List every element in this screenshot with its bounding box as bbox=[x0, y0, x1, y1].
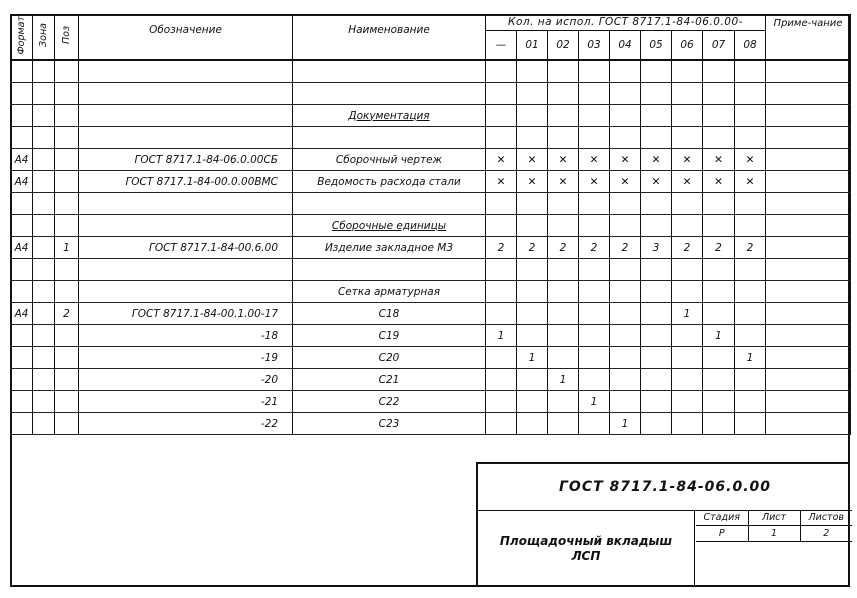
name-cell: Ведомость расхода стали bbox=[293, 171, 486, 193]
format-cell: А4 bbox=[11, 303, 33, 325]
zone-cell bbox=[33, 237, 55, 259]
specification-table: Формат Зона Поз Обозначение Наименование… bbox=[10, 14, 851, 435]
designation-cell: -21 bbox=[79, 391, 293, 413]
qty-cell: 1 bbox=[672, 303, 703, 325]
designation-cell: ГОСТ 8717.1-84-06.0.00СБ bbox=[79, 149, 293, 171]
qty-cell bbox=[486, 347, 517, 369]
designation-cell: -22 bbox=[79, 413, 293, 435]
qty-cell: 1 bbox=[579, 391, 610, 413]
cross-mark-icon: ✕ bbox=[610, 171, 641, 193]
note-cell bbox=[766, 215, 851, 237]
qty-cell bbox=[672, 325, 703, 347]
qty-cell bbox=[735, 105, 766, 127]
qty-cell bbox=[610, 105, 641, 127]
qty-cell bbox=[735, 215, 766, 237]
zone-cell bbox=[33, 215, 55, 237]
name-cell: С23 bbox=[293, 413, 486, 435]
qty-cell bbox=[517, 391, 548, 413]
qty-cell bbox=[703, 193, 735, 215]
name-cell: Сетка арматурная bbox=[293, 281, 486, 303]
col-header-qty-group: Кол. на испол. ГОСТ 8717.1-84-06.0.00- bbox=[486, 14, 766, 31]
cross-mark-icon: ✕ bbox=[672, 149, 703, 171]
qty-cell bbox=[548, 259, 579, 281]
col-header-variant: 02 bbox=[548, 31, 579, 61]
qty-cell bbox=[703, 105, 735, 127]
table-row: -21С221 bbox=[11, 391, 851, 413]
cross-mark-icon: ✕ bbox=[579, 149, 610, 171]
qty-cell bbox=[579, 215, 610, 237]
qty-cell bbox=[641, 369, 672, 391]
table-row: -19С2011 bbox=[11, 347, 851, 369]
zone-cell bbox=[33, 347, 55, 369]
qty-cell bbox=[579, 281, 610, 303]
qty-cell: 1 bbox=[486, 325, 517, 347]
note-cell bbox=[766, 259, 851, 281]
cross-mark-icon: ✕ bbox=[641, 171, 672, 193]
note-cell bbox=[766, 105, 851, 127]
zone-cell bbox=[33, 127, 55, 149]
zone-cell bbox=[33, 60, 55, 83]
cross-mark-icon: ✕ bbox=[703, 171, 735, 193]
zone-cell bbox=[33, 171, 55, 193]
cross-mark-icon: ✕ bbox=[735, 171, 766, 193]
qty-cell bbox=[517, 83, 548, 105]
table-row: Документация bbox=[11, 105, 851, 127]
qty-cell bbox=[548, 60, 579, 83]
format-cell bbox=[11, 215, 33, 237]
qty-cell bbox=[641, 303, 672, 325]
format-cell bbox=[11, 193, 33, 215]
qty-cell bbox=[517, 281, 548, 303]
cross-mark-icon: ✕ bbox=[610, 149, 641, 171]
col-header-variant: 04 bbox=[610, 31, 641, 61]
sheet-label: Лист bbox=[748, 510, 800, 526]
qty-cell bbox=[641, 127, 672, 149]
qty-cell bbox=[641, 259, 672, 281]
qty-cell bbox=[486, 281, 517, 303]
qty-cell bbox=[672, 193, 703, 215]
cross-mark-icon: ✕ bbox=[486, 149, 517, 171]
qty-cell bbox=[579, 105, 610, 127]
qty-cell bbox=[735, 281, 766, 303]
name-cell: Документация bbox=[293, 105, 486, 127]
format-cell bbox=[11, 325, 33, 347]
qty-cell bbox=[517, 60, 548, 83]
cross-mark-icon: ✕ bbox=[703, 149, 735, 171]
format-cell bbox=[11, 413, 33, 435]
format-cell bbox=[11, 60, 33, 83]
qty-cell bbox=[579, 369, 610, 391]
table-row: Сборочные единицы bbox=[11, 215, 851, 237]
qty-cell bbox=[735, 391, 766, 413]
qty-cell bbox=[610, 303, 641, 325]
qty-cell bbox=[486, 60, 517, 83]
qty-cell bbox=[735, 325, 766, 347]
qty-cell bbox=[641, 281, 672, 303]
qty-cell bbox=[517, 193, 548, 215]
format-cell bbox=[11, 105, 33, 127]
qty-cell bbox=[641, 105, 672, 127]
document-title: Площадочный вкладыш ЛСП bbox=[478, 510, 695, 587]
qty-cell bbox=[641, 193, 672, 215]
qty-cell bbox=[735, 127, 766, 149]
title-block: ГОСТ 8717.1-84-06.0.00 Площадочный вклад… bbox=[476, 462, 850, 587]
pos-cell bbox=[55, 325, 79, 347]
qty-cell bbox=[579, 193, 610, 215]
qty-cell bbox=[735, 193, 766, 215]
qty-cell: 2 bbox=[579, 237, 610, 259]
qty-cell bbox=[610, 215, 641, 237]
format-cell: А4 bbox=[11, 171, 33, 193]
qty-cell bbox=[672, 105, 703, 127]
pos-cell bbox=[55, 369, 79, 391]
qty-cell: 1 bbox=[703, 325, 735, 347]
qty-cell bbox=[672, 347, 703, 369]
qty-cell bbox=[672, 83, 703, 105]
name-cell bbox=[293, 83, 486, 105]
col-header-note: Приме-чание bbox=[766, 14, 851, 60]
col-header-variant: 07 bbox=[703, 31, 735, 61]
col-header-variant: — bbox=[486, 31, 517, 61]
table-row bbox=[11, 193, 851, 215]
cross-mark-icon: ✕ bbox=[548, 171, 579, 193]
table-row: -20С211 bbox=[11, 369, 851, 391]
designation-cell bbox=[79, 193, 293, 215]
name-cell: Сборочный чертеж bbox=[293, 149, 486, 171]
table-row: А41ГОСТ 8717.1-84-00.6.00Изделие закладн… bbox=[11, 237, 851, 259]
format-cell bbox=[11, 83, 33, 105]
qty-cell bbox=[641, 413, 672, 435]
note-cell bbox=[766, 237, 851, 259]
pos-cell bbox=[55, 60, 79, 83]
note-cell bbox=[766, 149, 851, 171]
qty-cell bbox=[486, 105, 517, 127]
qty-cell: 2 bbox=[703, 237, 735, 259]
table-row bbox=[11, 60, 851, 83]
zone-cell bbox=[33, 281, 55, 303]
qty-cell bbox=[517, 215, 548, 237]
note-cell bbox=[766, 391, 851, 413]
name-cell: С18 bbox=[293, 303, 486, 325]
qty-cell bbox=[672, 413, 703, 435]
sheet-value: 1 bbox=[748, 526, 800, 542]
qty-cell bbox=[672, 281, 703, 303]
qty-cell bbox=[579, 83, 610, 105]
qty-cell bbox=[610, 127, 641, 149]
qty-cell bbox=[703, 369, 735, 391]
designation-cell: -18 bbox=[79, 325, 293, 347]
qty-cell bbox=[579, 347, 610, 369]
qty-cell bbox=[703, 281, 735, 303]
pos-cell bbox=[55, 413, 79, 435]
qty-cell bbox=[548, 127, 579, 149]
note-cell bbox=[766, 171, 851, 193]
zone-cell bbox=[33, 391, 55, 413]
qty-cell bbox=[610, 83, 641, 105]
qty-cell bbox=[672, 60, 703, 83]
qty-cell bbox=[486, 215, 517, 237]
table-row: -22С231 bbox=[11, 413, 851, 435]
qty-cell bbox=[672, 369, 703, 391]
pos-cell bbox=[55, 149, 79, 171]
qty-cell bbox=[486, 391, 517, 413]
qty-cell bbox=[703, 347, 735, 369]
designation-cell bbox=[79, 105, 293, 127]
qty-cell bbox=[517, 325, 548, 347]
format-cell bbox=[11, 369, 33, 391]
table-row bbox=[11, 127, 851, 149]
name-cell: Изделие закладное М3 bbox=[293, 237, 486, 259]
qty-cell bbox=[548, 193, 579, 215]
qty-cell bbox=[672, 215, 703, 237]
name-cell: Сборочные единицы bbox=[293, 215, 486, 237]
designation-cell bbox=[79, 127, 293, 149]
qty-cell bbox=[641, 83, 672, 105]
designation-cell bbox=[79, 60, 293, 83]
qty-cell bbox=[672, 259, 703, 281]
pos-cell bbox=[55, 83, 79, 105]
document-code: ГОСТ 8717.1-84-06.0.00 bbox=[478, 464, 852, 511]
pos-cell bbox=[55, 347, 79, 369]
format-cell bbox=[11, 281, 33, 303]
qty-cell bbox=[610, 347, 641, 369]
note-cell bbox=[766, 281, 851, 303]
qty-cell bbox=[486, 193, 517, 215]
qty-cell bbox=[610, 369, 641, 391]
name-cell bbox=[293, 259, 486, 281]
qty-cell bbox=[579, 60, 610, 83]
qty-cell: 1 bbox=[517, 347, 548, 369]
qty-cell bbox=[735, 60, 766, 83]
qty-cell: 2 bbox=[517, 237, 548, 259]
designation-cell: ГОСТ 8717.1-84-00.6.00 bbox=[79, 237, 293, 259]
col-header-pos: Поз bbox=[55, 14, 79, 60]
qty-cell bbox=[579, 127, 610, 149]
qty-cell: 1 bbox=[548, 369, 579, 391]
pos-cell bbox=[55, 391, 79, 413]
col-header-variant: 06 bbox=[672, 31, 703, 61]
table-row: А4ГОСТ 8717.1-84-00.0.00ВМСВедомость рас… bbox=[11, 171, 851, 193]
zone-cell bbox=[33, 325, 55, 347]
table-row: А4ГОСТ 8717.1-84-06.0.00СБСборочный черт… bbox=[11, 149, 851, 171]
qty-cell bbox=[641, 215, 672, 237]
qty-cell bbox=[672, 391, 703, 413]
qty-cell bbox=[703, 83, 735, 105]
designation-cell bbox=[79, 215, 293, 237]
qty-cell: 2 bbox=[486, 237, 517, 259]
col-header-variant: 08 bbox=[735, 31, 766, 61]
sheets-label: Листов bbox=[800, 510, 852, 526]
zone-cell bbox=[33, 105, 55, 127]
qty-cell bbox=[517, 303, 548, 325]
stage-value: Р bbox=[696, 526, 748, 542]
qty-cell bbox=[517, 127, 548, 149]
designation-cell bbox=[79, 259, 293, 281]
qty-cell bbox=[486, 413, 517, 435]
qty-cell bbox=[517, 259, 548, 281]
qty-cell: 1 bbox=[610, 413, 641, 435]
note-cell bbox=[766, 127, 851, 149]
qty-cell bbox=[517, 105, 548, 127]
note-cell bbox=[766, 303, 851, 325]
format-cell bbox=[11, 391, 33, 413]
stage-sheet-cells: Стадия Лист Листов Р 1 2 bbox=[696, 510, 852, 542]
qty-cell bbox=[641, 347, 672, 369]
designation-cell: -19 bbox=[79, 347, 293, 369]
cross-mark-icon: ✕ bbox=[672, 171, 703, 193]
zone-cell bbox=[33, 83, 55, 105]
qty-cell bbox=[641, 391, 672, 413]
qty-cell bbox=[548, 325, 579, 347]
pos-cell bbox=[55, 215, 79, 237]
qty-cell bbox=[486, 127, 517, 149]
sheets-value: 2 bbox=[800, 526, 852, 542]
cross-mark-icon: ✕ bbox=[735, 149, 766, 171]
col-header-name: Наименование bbox=[293, 14, 486, 60]
table-row bbox=[11, 83, 851, 105]
col-header-designation: Обозначение bbox=[79, 14, 293, 60]
note-cell bbox=[766, 369, 851, 391]
qty-cell: 3 bbox=[641, 237, 672, 259]
qty-cell bbox=[548, 391, 579, 413]
col-header-variant: 03 bbox=[579, 31, 610, 61]
note-cell bbox=[766, 347, 851, 369]
qty-cell: 1 bbox=[735, 347, 766, 369]
document-title-line1: Площадочный вкладыш bbox=[500, 534, 672, 549]
qty-cell bbox=[579, 325, 610, 347]
format-cell bbox=[11, 127, 33, 149]
qty-cell bbox=[641, 60, 672, 83]
table-row: А42ГОСТ 8717.1-84-00.1.00-17С181 bbox=[11, 303, 851, 325]
qty-cell: 2 bbox=[672, 237, 703, 259]
qty-cell bbox=[486, 83, 517, 105]
qty-cell: 2 bbox=[735, 237, 766, 259]
pos-cell bbox=[55, 127, 79, 149]
qty-cell bbox=[735, 303, 766, 325]
qty-cell bbox=[610, 281, 641, 303]
qty-cell bbox=[579, 259, 610, 281]
qty-cell bbox=[703, 259, 735, 281]
cross-mark-icon: ✕ bbox=[548, 149, 579, 171]
stage-label: Стадия bbox=[696, 510, 748, 526]
zone-cell bbox=[33, 369, 55, 391]
note-cell bbox=[766, 413, 851, 435]
qty-cell bbox=[610, 391, 641, 413]
pos-cell: 2 bbox=[55, 303, 79, 325]
qty-cell bbox=[735, 259, 766, 281]
format-cell: А4 bbox=[11, 149, 33, 171]
zone-cell bbox=[33, 413, 55, 435]
format-cell bbox=[11, 259, 33, 281]
qty-cell bbox=[672, 127, 703, 149]
note-cell bbox=[766, 83, 851, 105]
designation-cell bbox=[79, 83, 293, 105]
name-cell: С22 bbox=[293, 391, 486, 413]
qty-cell bbox=[610, 259, 641, 281]
cross-mark-icon: ✕ bbox=[486, 171, 517, 193]
qty-cell bbox=[548, 413, 579, 435]
qty-cell bbox=[548, 215, 579, 237]
qty-cell bbox=[735, 413, 766, 435]
qty-cell bbox=[548, 303, 579, 325]
col-header-format: Формат bbox=[11, 14, 33, 60]
name-cell: С19 bbox=[293, 325, 486, 347]
qty-cell bbox=[610, 193, 641, 215]
name-cell: С20 bbox=[293, 347, 486, 369]
qty-cell bbox=[579, 413, 610, 435]
name-cell bbox=[293, 193, 486, 215]
table-row: -18С1911 bbox=[11, 325, 851, 347]
qty-cell bbox=[610, 325, 641, 347]
cross-mark-icon: ✕ bbox=[641, 149, 672, 171]
qty-cell bbox=[486, 303, 517, 325]
qty-cell: 2 bbox=[610, 237, 641, 259]
qty-cell bbox=[703, 413, 735, 435]
zone-cell bbox=[33, 303, 55, 325]
qty-cell bbox=[703, 303, 735, 325]
qty-cell bbox=[517, 413, 548, 435]
pos-cell bbox=[55, 281, 79, 303]
qty-cell bbox=[486, 259, 517, 281]
designation-cell: ГОСТ 8717.1-84-00.1.00-17 bbox=[79, 303, 293, 325]
qty-cell bbox=[703, 391, 735, 413]
cross-mark-icon: ✕ bbox=[517, 149, 548, 171]
qty-cell bbox=[703, 60, 735, 83]
name-cell bbox=[293, 60, 486, 83]
format-cell: А4 bbox=[11, 237, 33, 259]
pos-cell: 1 bbox=[55, 237, 79, 259]
qty-cell bbox=[641, 325, 672, 347]
qty-cell bbox=[610, 60, 641, 83]
qty-cell bbox=[548, 347, 579, 369]
pos-cell bbox=[55, 193, 79, 215]
note-cell bbox=[766, 325, 851, 347]
zone-cell bbox=[33, 193, 55, 215]
qty-cell bbox=[548, 281, 579, 303]
document-title-line2: ЛСП bbox=[572, 549, 601, 564]
col-header-variant: 01 bbox=[517, 31, 548, 61]
note-cell bbox=[766, 193, 851, 215]
qty-cell bbox=[548, 83, 579, 105]
note-cell bbox=[766, 60, 851, 83]
pos-cell bbox=[55, 171, 79, 193]
pos-cell bbox=[55, 259, 79, 281]
designation-cell bbox=[79, 281, 293, 303]
name-cell bbox=[293, 127, 486, 149]
qty-cell bbox=[703, 215, 735, 237]
qty-cell bbox=[517, 369, 548, 391]
zone-cell bbox=[33, 149, 55, 171]
col-header-variant: 05 bbox=[641, 31, 672, 61]
designation-cell: ГОСТ 8717.1-84-00.0.00ВМС bbox=[79, 171, 293, 193]
format-cell bbox=[11, 347, 33, 369]
cross-mark-icon: ✕ bbox=[579, 171, 610, 193]
qty-cell bbox=[735, 369, 766, 391]
designation-cell: -20 bbox=[79, 369, 293, 391]
pos-cell bbox=[55, 105, 79, 127]
cross-mark-icon: ✕ bbox=[517, 171, 548, 193]
qty-cell bbox=[703, 127, 735, 149]
zone-cell bbox=[33, 259, 55, 281]
qty-cell bbox=[486, 369, 517, 391]
qty-cell bbox=[579, 303, 610, 325]
table-row: Сетка арматурная bbox=[11, 281, 851, 303]
qty-cell bbox=[735, 83, 766, 105]
table-row bbox=[11, 259, 851, 281]
qty-cell: 2 bbox=[548, 237, 579, 259]
name-cell: С21 bbox=[293, 369, 486, 391]
qty-cell bbox=[548, 105, 579, 127]
